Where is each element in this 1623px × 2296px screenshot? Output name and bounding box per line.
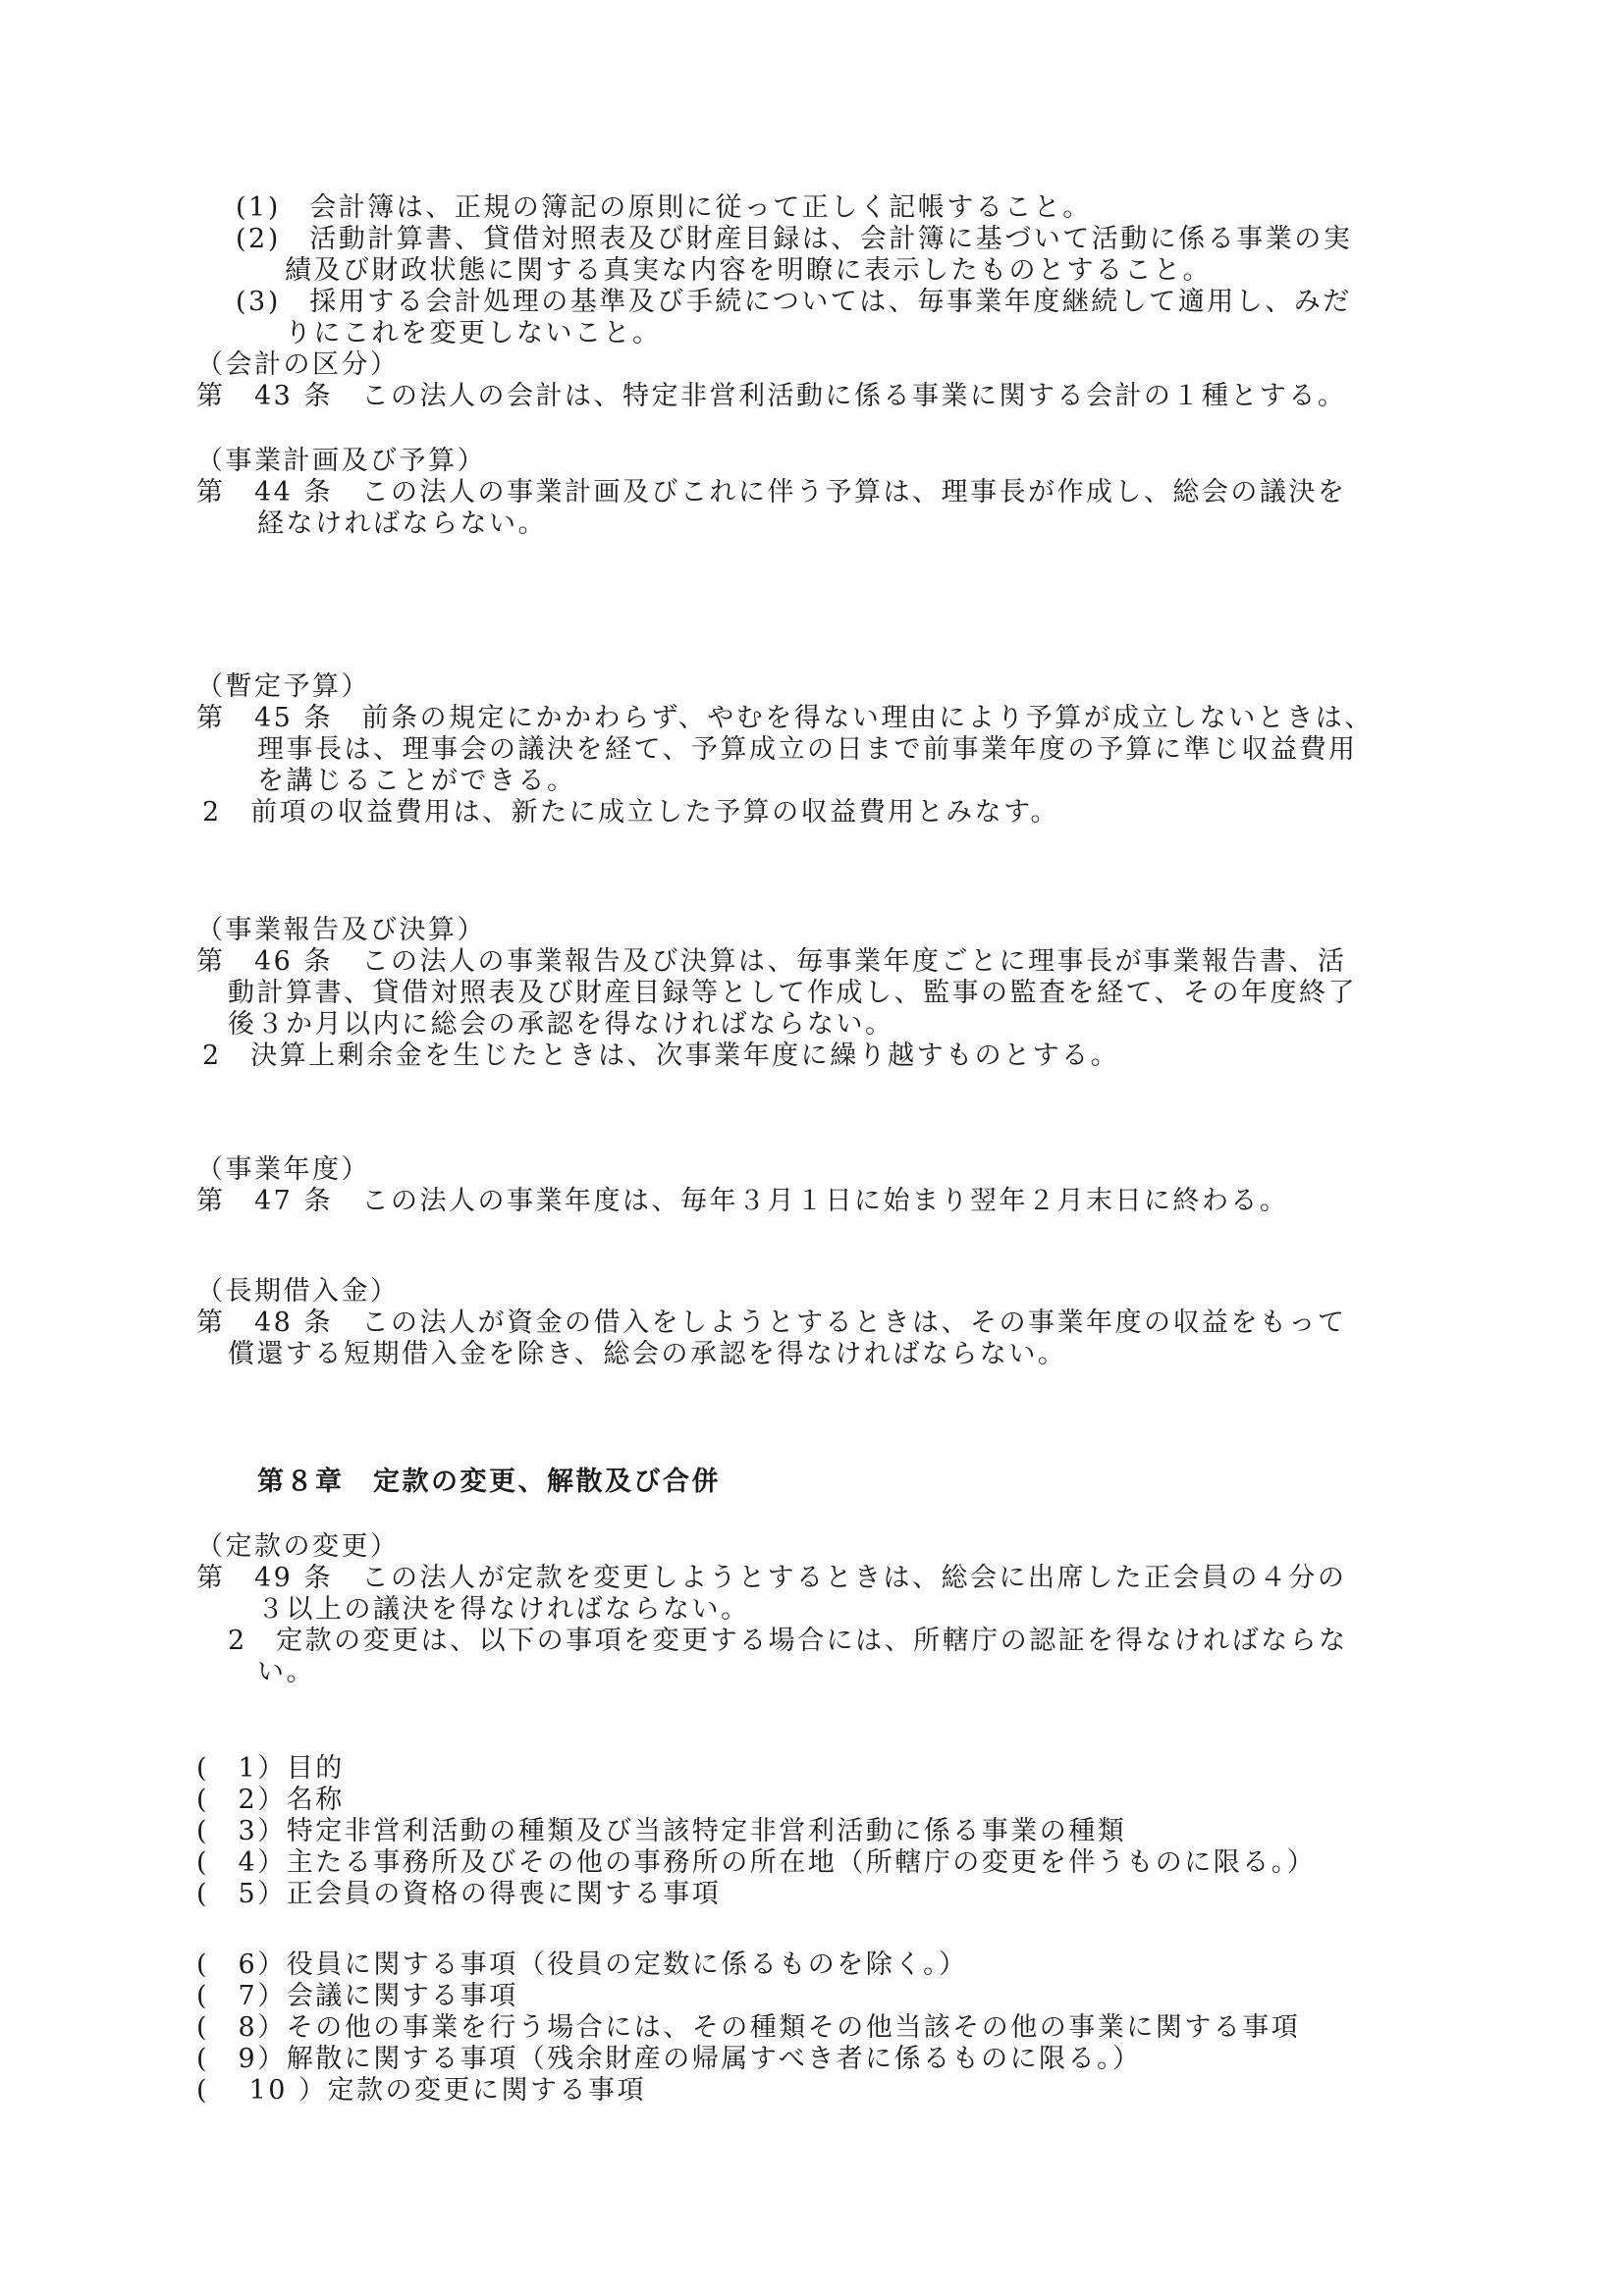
- text-line: (3) 採用する会計処理の基準及び手続については、毎事業年度継続して適用し、みだ: [236, 287, 1352, 318]
- text-line: 後３か月以内に総会の承認を得なければならない。: [228, 1009, 894, 1041]
- text-line: ( 9）解散に関する事項（残余財産の帰属すべき者に係るものに限る。）: [196, 2044, 1142, 2075]
- text-line: ( 3）特定非営利活動の種類及び当該特定非営利活動に係る事業の種類: [196, 1816, 1126, 1847]
- text-line: （事業報告及び決算）: [196, 915, 486, 946]
- text-line: （事業年度）: [196, 1154, 370, 1186]
- document-page: (1) 会計簿は、正規の簿記の原則に従って正しく記帳すること。(2) 活動計算書…: [0, 0, 1623, 2296]
- text-line: 理事長は、理事会の議決を経て、予算成立の日まで前事業年度の予算に準じ収益費用: [257, 734, 1357, 766]
- text-line: 第 47 条 この法人の事業年度は、毎年３月１日に始まり翌年２月末日に終わる。: [196, 1186, 1288, 1217]
- text-line: ( 1）目的: [196, 1753, 345, 1785]
- text-line: 2 定款の変更は、以下の事項を変更する場合には、所轄庁の認証を得なければならな: [228, 1626, 1348, 1657]
- text-line: 第 48 条 この法人が資金の借入をしようとするときは、その事業年度の収益をもっ…: [196, 1308, 1346, 1339]
- text-line: ( 4）主たる事務所及びその他の事務所の所在地（所轄庁の変更を伴うものに限る。）: [196, 1847, 1316, 1879]
- text-line: 2 前項の収益費用は、新たに成立した予算の収益費用とみなす。: [202, 797, 1059, 828]
- text-line: （会計の区分）: [196, 349, 400, 381]
- text-line: （定款の変更）: [196, 1531, 400, 1563]
- text-line: い。: [257, 1657, 315, 1688]
- text-line: 第 46 条 この法人の事業報告及び決算は、毎事業年度ごとに理事長が事業報告書、…: [196, 946, 1346, 978]
- text-line: ( 8）その他の事業を行う場合には、その種類その他当該その他の事業に関する事項: [196, 2012, 1300, 2044]
- text-line: 第 43 条 この法人の会計は、特定非営利活動に係る事業に関する会計の１種とする…: [196, 381, 1346, 412]
- text-line: りにこれを変更しないこと。: [285, 318, 662, 349]
- text-line: 績及び財政状態に関する真実な内容を明瞭に表示したものとすること。: [285, 255, 1212, 287]
- text-line: を講じることができる。: [257, 766, 576, 797]
- text-line: ３以上の議決を得なければならない。: [257, 1594, 750, 1626]
- text-line: 2 決算上剰余金を生じたときは、次事業年度に繰り越すものとする。: [202, 1041, 1119, 1072]
- text-line: 動計算書、貸借対照表及び財産目録等として作成し、監事の監査を経て、その年度終了: [228, 978, 1357, 1009]
- text-line: 第 44 条 この法人の事業計画及びこれに伴う予算は、理事長が作成し、総会の議決…: [196, 477, 1346, 508]
- text-line: 経なければならない。: [257, 508, 547, 540]
- text-line: （暫定予算）: [196, 671, 370, 703]
- text-line: （長期借入金）: [196, 1276, 400, 1308]
- text-line: ( 5）正会員の資格の得喪に関する事項: [196, 1879, 721, 1910]
- text-line: 第 45 条 前条の規定にかかわらず、やむを得ない理由により予算が成立しないとき…: [196, 703, 1374, 734]
- text-line: 償還する短期借入金を除き、総会の承認を得なければならない。: [228, 1339, 1066, 1370]
- text-line: （事業計画及び予算）: [196, 446, 486, 477]
- text-line: (2) 活動計算書、貸借対照表及び財産目録は、会計簿に基づいて活動に係る事業の実: [236, 224, 1352, 255]
- text-line: (1) 会計簿は、正規の簿記の原則に従って正しく記帳すること。: [236, 192, 1092, 224]
- text-line: ( 2）名称: [196, 1785, 345, 1816]
- text-line: ( 10 ）定款の変更に関する事項: [196, 2075, 646, 2107]
- text-line: 第 49 条 この法人が定款を変更しようとするときは、総会に出席した正会員の４分…: [196, 1563, 1346, 1594]
- text-line: ( 6）役員に関する事項（役員の定数に係るものを除く。）: [196, 1949, 968, 1981]
- text-line: ( 7）会議に関する事項: [196, 1981, 518, 2012]
- chapter-heading: 第８章 定款の変更、解散及び合併: [257, 1467, 721, 1498]
